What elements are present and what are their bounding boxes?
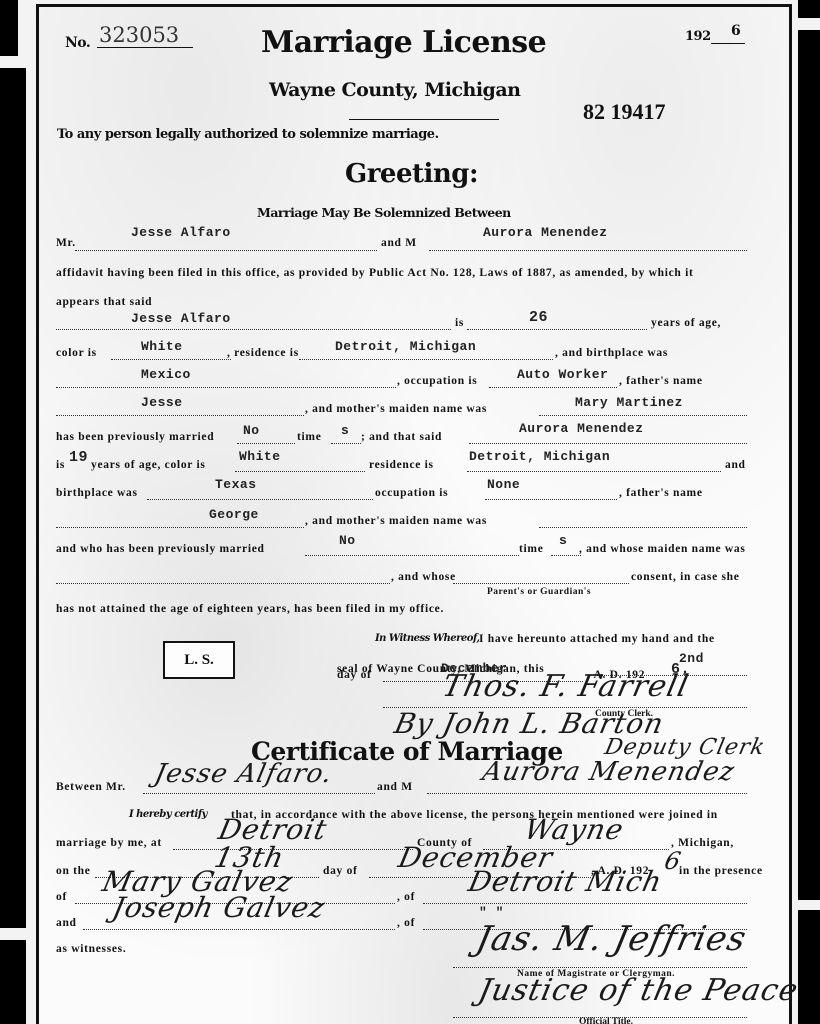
scan-border xyxy=(798,30,820,900)
bride-residence-label: residence is xyxy=(369,459,434,471)
underline xyxy=(97,47,193,48)
not-attained-text: has not attained the age of eighteen yea… xyxy=(56,603,444,615)
certify-italic: I hereby certify xyxy=(129,809,207,820)
groom-color: White xyxy=(141,339,183,354)
groom-name-2: Jesse Alfaro xyxy=(131,311,231,326)
color-label: color is xyxy=(56,347,97,359)
on-the-label: on the xyxy=(56,865,91,877)
scan-border xyxy=(0,940,26,1024)
groom-prev-married: No xyxy=(243,423,260,438)
residence-label: , residence is xyxy=(227,347,299,359)
year-prefix: 192 xyxy=(685,29,711,44)
of-label-2: , of xyxy=(397,891,415,903)
license-number: 323053 xyxy=(99,23,179,47)
bride-time-label: time xyxy=(519,543,544,555)
scan-border xyxy=(798,0,820,18)
mothers-maiden-label: , and mother's maiden name was xyxy=(305,403,487,415)
witness2-signature: Joseph Galvez xyxy=(109,891,328,924)
officiant-signature: Jas. M. Jeffries xyxy=(473,919,751,959)
divider xyxy=(349,119,499,120)
address-line: To any person legally authorized to sole… xyxy=(57,127,439,142)
fathers-name-label: , father's name xyxy=(619,375,703,387)
scan-border xyxy=(798,910,820,1024)
groom-age: 26 xyxy=(529,309,548,326)
occupation-label: , occupation is xyxy=(397,375,477,387)
bride-mother-label: , and mother's maiden name was xyxy=(305,515,487,527)
between-heading: Marriage May Be Solemnized Between xyxy=(257,205,511,220)
and-whose-label: , and whose xyxy=(391,571,456,583)
bride-name-2: Aurora Menendez xyxy=(519,421,644,436)
scan-border xyxy=(0,0,18,56)
and-m-label: and M xyxy=(381,237,417,249)
groom-birthplace: Mexico xyxy=(141,367,191,382)
years-of-age-label: years of age, xyxy=(651,317,721,329)
prev-married-label: has been previously married xyxy=(56,431,214,443)
groom-name: Jesse Alfaro xyxy=(131,225,231,240)
of-label-3: , of xyxy=(397,917,415,929)
and-label: and xyxy=(725,459,746,471)
between-mr-label: Between Mr. xyxy=(56,781,126,793)
seal-box: L. S. xyxy=(163,641,235,679)
birthplace-label: , and birthplace was xyxy=(555,347,668,359)
clerk-signature: Thos. F. Farrell xyxy=(439,669,692,704)
groom-father: Jesse xyxy=(141,395,183,410)
bride-occupation: None xyxy=(487,477,520,492)
and-label-2: and xyxy=(56,917,77,929)
marriage-license-document: No. 323053 Marriage License 192 6 Wayne … xyxy=(36,4,792,1024)
bride-age: 19 xyxy=(69,449,88,466)
bride-father: George xyxy=(209,507,259,522)
birthplace-label-2: birthplace was xyxy=(56,487,138,499)
county-subtitle: Wayne County, Michigan xyxy=(269,79,520,101)
groom-times: s xyxy=(341,423,349,438)
year-suffix: 6 xyxy=(731,23,740,39)
bride-prev-married: No xyxy=(339,533,356,548)
as-witnesses-label: as witnesses. xyxy=(56,943,126,955)
parent-guardian-label: Parent's or Guardian's xyxy=(487,587,591,597)
is-prefix: is xyxy=(56,459,65,471)
groom-residence: Detroit, Michigan xyxy=(335,339,476,354)
bride-color: White xyxy=(239,449,281,464)
groom-mother: Mary Martinez xyxy=(575,395,683,410)
and-that-said-label: ; and that said xyxy=(361,431,442,443)
consent-label: consent, in case she xyxy=(631,571,740,583)
bride-birthplace: Texas xyxy=(215,477,257,492)
greeting-heading: Greeting: xyxy=(345,159,478,189)
bride-father-label: , father's name xyxy=(619,487,703,499)
attached-text: I have hereunto attached my hand and the xyxy=(479,633,715,645)
groom-occupation: Auto Worker xyxy=(517,367,608,382)
is-label: is xyxy=(455,317,464,329)
groom-signature: Jesse Alfaro. xyxy=(152,759,336,789)
time-label: time xyxy=(297,431,322,443)
witness2-place: " " xyxy=(479,905,504,920)
day-of-label-2: day of xyxy=(323,865,358,877)
marriage-by-me-label: marriage by me, at xyxy=(56,837,162,849)
document-title: Marriage License xyxy=(261,25,546,60)
bride-times: s xyxy=(559,533,567,548)
witness1-place: Detroit Mich xyxy=(465,865,665,898)
file-number: 82 19417 xyxy=(583,99,666,125)
presence-label: in the presence xyxy=(679,865,763,877)
mr-label: Mr. xyxy=(56,237,76,249)
license-number-label: No. xyxy=(65,35,90,51)
bride-prev-married-label: and who has been previously married xyxy=(56,543,265,555)
bride-residence: Detroit, Michigan xyxy=(469,449,610,464)
bride-signature: Aurora Menendez xyxy=(480,757,738,787)
seal-label: L. S. xyxy=(184,652,214,669)
maiden-name-label: , and whose maiden name was xyxy=(579,543,746,555)
affidavit-text: affidavit having been filed in this offi… xyxy=(56,267,694,279)
years-color-label: years of age, color is xyxy=(91,459,206,471)
officiant-title-signature: Justice of the Peace xyxy=(475,973,801,1008)
bride-name: Aurora Menendez xyxy=(483,225,608,240)
official-title-label: Official Title. xyxy=(579,1017,633,1024)
cert-and-m-label: and M xyxy=(377,781,413,793)
scan-border xyxy=(0,68,26,928)
in-witness-whereof: In Witness Whereof, xyxy=(375,633,480,644)
appears-text: appears that said xyxy=(56,296,152,308)
underline xyxy=(711,43,745,44)
bride-occupation-label: occupation is xyxy=(375,487,448,499)
of-label: of xyxy=(56,891,67,903)
day-of-label: day of xyxy=(337,669,372,681)
